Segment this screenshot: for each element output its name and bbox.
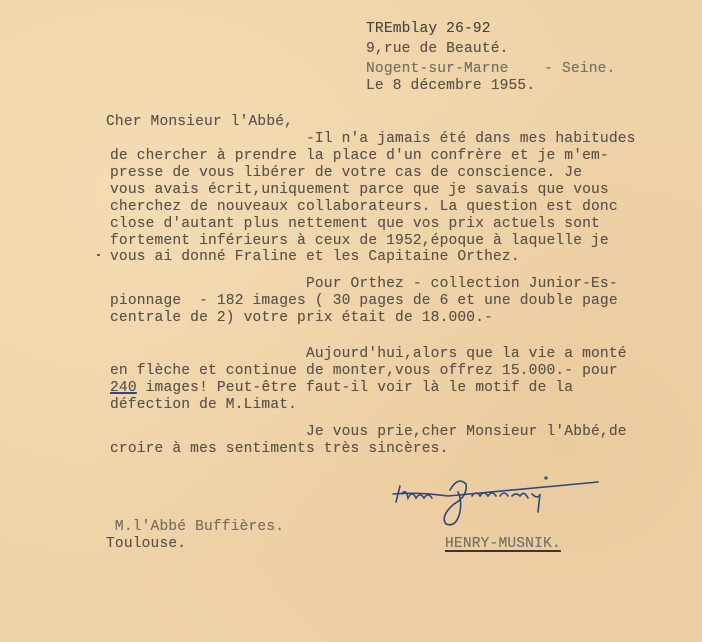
handwritten-signature [388, 472, 608, 532]
body-line: Pour Orthez - collection Junior-Es- [110, 277, 618, 292]
body-line: close d'autant plus nettement que vos pr… [110, 217, 600, 232]
body-line: Je vous prie,cher Monsieur l'Abbé,de [110, 425, 627, 440]
body-line: fortement inférieurs à ceux de 1952,époq… [110, 234, 609, 249]
body-line: Aujourd'hui,alors que la vie a monté [110, 347, 627, 362]
letterhead-street: 9,rue de Beauté. [366, 42, 509, 57]
body-line: vous avais écrit,uniquement parce que je… [110, 183, 609, 198]
salutation: Cher Monsieur l'Abbé, [106, 115, 293, 130]
body-line: cherchez de nouveaux collaborateurs. La … [110, 200, 618, 215]
recipient-city: Toulouse. [106, 537, 186, 552]
recipient-name: M.l'Abbé Buffières. [106, 520, 284, 535]
underlined-number: 240 [110, 380, 137, 396]
letterhead-phone: TREmblay 26-92 [366, 22, 491, 37]
typed-signature-name: HENRY-MUSNIK. [445, 537, 561, 552]
body-line: -Il n'a jamais été dans mes habitudes [110, 132, 636, 147]
body-line: pionnage - 182 images ( 30 pages de 6 et… [110, 294, 618, 309]
body-line: croire à mes sentiments très sincères. [110, 442, 449, 457]
margin-mark [97, 254, 100, 256]
signature-icon [388, 472, 608, 532]
letter-date: Le 8 décembre 1955. [366, 79, 535, 94]
letterhead-city: Nogent-sur-Marne - Seine. [366, 62, 615, 77]
body-line-with-number: 240 images! Peut-être faut-il voir là le… [110, 381, 573, 396]
body-line: vous ai donné Fraline et les Capitaine O… [110, 250, 520, 265]
body-line: de chercher à prendre la place d'un conf… [110, 149, 609, 164]
body-line: centrale de 2) votre prix était de 18.00… [110, 311, 493, 326]
body-line: défection de M.Limat. [110, 398, 297, 413]
body-line: en flèche et continue de monter,vous off… [110, 364, 618, 379]
body-line: presse de vous libérer de votre cas de c… [110, 166, 582, 181]
